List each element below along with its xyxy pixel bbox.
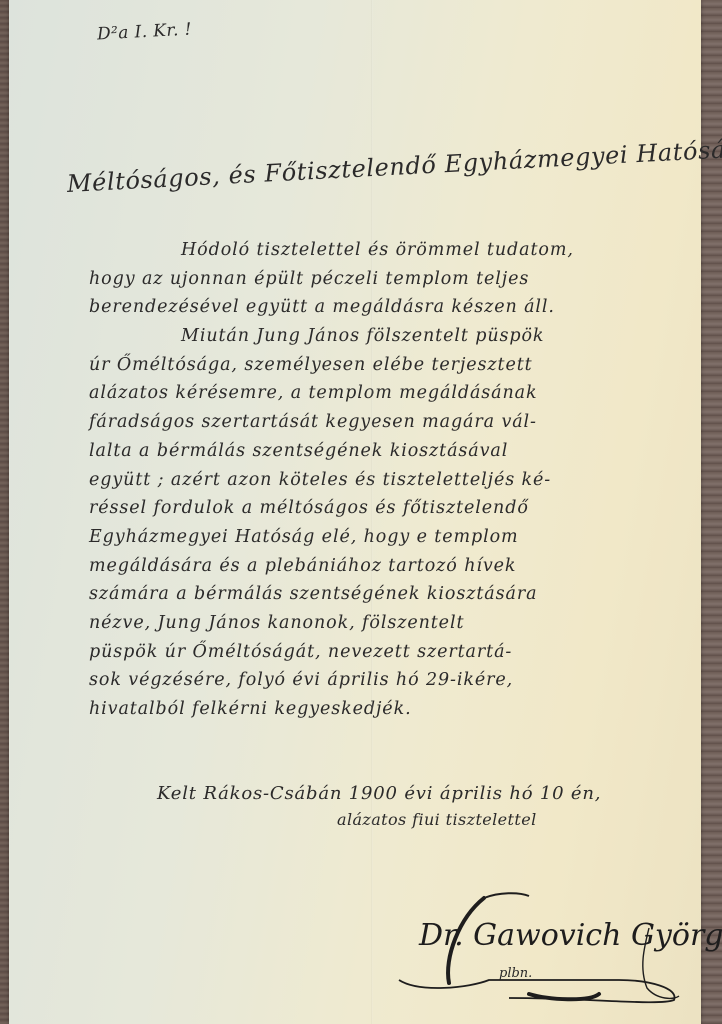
body-line: Miután Jung János fölszentelt püspök xyxy=(89,322,699,351)
body-line: megáldására és a plebániához tartozó hív… xyxy=(89,552,699,581)
body-line: alázatos kérésemre, a templom megáldásán… xyxy=(89,379,699,408)
reference-number: D²a I. Kr. ! xyxy=(97,20,193,45)
body-line: számára a bérmálás szentségének kiosztás… xyxy=(89,580,699,609)
body-line: úr Őméltósága, személyesen elébe terjesz… xyxy=(89,351,699,380)
signature-name: Dr. Gawovich György xyxy=(419,918,722,953)
body-line: püspök úr Őméltóságát, nevezett szertart… xyxy=(89,638,699,667)
body-line: Egyházmegyei Hatóság elé, hogy e templom xyxy=(89,523,699,552)
body-line: együtt ; azért azon köteles és tisztelet… xyxy=(89,466,699,495)
letter-paper: D²a I. Kr. ! Méltóságos, és Főtisztelend… xyxy=(9,0,701,1024)
body-line: hivatalból felkérni kegyeskedjék. xyxy=(89,695,699,724)
body-line: Hódoló tisztelettel és örömmel tudatom, xyxy=(89,236,699,265)
body-line: nézve, Jung János kanonok, fölszentelt xyxy=(89,609,699,638)
closing-phrase: alázatos fiui tisztelettel xyxy=(337,810,537,829)
signature-title: plbn. xyxy=(499,966,532,981)
body-line: berendezésével együtt a megáldásra késze… xyxy=(89,293,699,322)
body-line: hogy az ujonnan épült péczeli templom te… xyxy=(89,265,699,294)
body-line: fáradságos szertartását kegyesen magára … xyxy=(89,408,699,437)
body-line: réssel fordulok a méltóságos és főtiszte… xyxy=(89,494,699,523)
body-line: sok végzésére, folyó évi április hó 29-i… xyxy=(89,666,699,695)
body-line: lalta a bérmálás szentségének kiosztásáv… xyxy=(89,437,699,466)
salutation: Méltóságos, és Főtisztelendő Egyházmegye… xyxy=(66,134,722,198)
letter-body: Hódoló tisztelettel és örömmel tudatom, … xyxy=(89,236,699,724)
signature-block: Dr. Gawovich György plbn. xyxy=(389,888,689,1008)
dateline: Kelt Rákos-Csábán 1900 évi április hó 10… xyxy=(157,783,601,804)
